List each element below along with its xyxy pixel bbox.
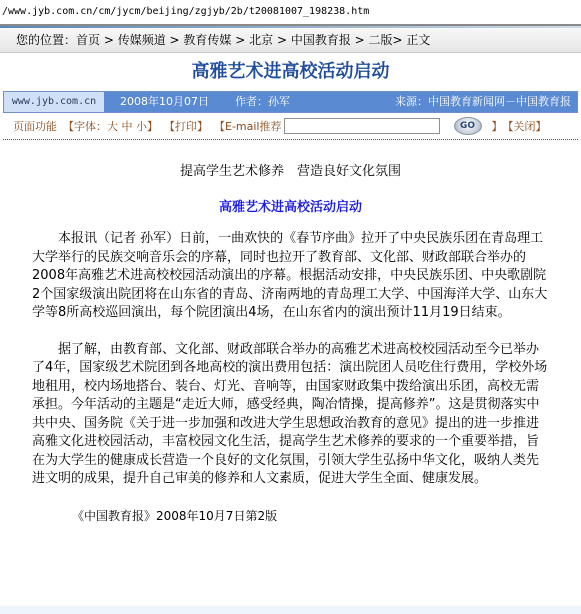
breadcrumb: 您的位置：首页 > 传媒频道 > 教育传媒 > 北京 > 中国教育报 > 二版>… (0, 28, 581, 53)
go-button[interactable]: GO (454, 117, 482, 135)
article-subtitle: 提高学生艺术修养 营造良好文化氛围 (0, 160, 581, 180)
article-source-line: 《中国教育报》2008年10月7日第2版 (72, 507, 581, 524)
article-paragraph: 本报讯（记者 孙军）日前，一曲欢快的《春节序曲》拉开了中央民族乐团在青岛理工大学… (32, 230, 551, 323)
url-text: /www.jyb.com.cn/cm/jycm/beijing/zgjyb/2b… (2, 6, 369, 17)
breadcrumb-separator: > (100, 33, 118, 47)
breadcrumb-education-media[interactable]: 教育传媒 (183, 33, 231, 47)
publish-date: 2008年10月07日 (120, 92, 209, 112)
breadcrumb-current: 正文 (406, 33, 430, 47)
page-title: 高雅艺术进高校活动启动 (0, 53, 581, 91)
breadcrumb-separator: > (273, 33, 291, 47)
address-bar[interactable]: /www.jyb.com.cn/cm/jycm/beijing/zgjyb/2b… (0, 0, 581, 26)
page-toolbar: 页面功能 【字体： 大 中 小 】 【打印】 【E-mail推荐 GO 】 【关… (3, 113, 578, 140)
go-label: GO (460, 121, 475, 131)
breadcrumb-separator: > (166, 33, 184, 47)
font-medium-link[interactable]: 中 (122, 118, 133, 134)
font-size-label: 【字体： (63, 118, 107, 134)
breadcrumb-separator: > (351, 33, 369, 47)
author: 作者：孙军 (235, 92, 290, 112)
breadcrumb-separator: > (393, 33, 407, 47)
email-input[interactable] (284, 118, 440, 134)
font-large-link[interactable]: 大 (107, 118, 118, 134)
breadcrumb-media-channel[interactable]: 传媒频道 (118, 33, 166, 47)
article-headline: 高雅艺术进高校活动启动 (0, 196, 581, 216)
article-paragraph: 据了解，由教育部、文化部、财政部联合举办的高雅艺术进高校校园活动至今已举办了4年… (32, 341, 551, 489)
breadcrumb-home[interactable]: 首页 (76, 33, 100, 47)
breadcrumb-label: 您的位置： (16, 33, 76, 47)
email-recommend-label: 【E-mail推荐 (214, 118, 282, 134)
breadcrumb-china-education-daily[interactable]: 中国教育报 (291, 33, 351, 47)
article-source: 来源：中国教育新闻网－中国教育报 (395, 92, 571, 112)
print-link[interactable]: 【打印】 (164, 118, 208, 134)
breadcrumb-separator: > (231, 33, 249, 47)
breadcrumb-beijing[interactable]: 北京 (249, 33, 273, 47)
breadcrumb-second-edition[interactable]: 二版 (369, 33, 393, 47)
close-link[interactable]: 【关闭】 (503, 118, 547, 134)
page-functions-label: 页面功能 (13, 118, 57, 134)
email-bracket-close: 】 (492, 118, 503, 134)
font-bracket-close: 】 (147, 118, 158, 134)
font-small-link[interactable]: 小 (136, 118, 147, 134)
footer-strip (0, 606, 581, 614)
article-info-bar: www.jyb.com.cn 2008年10月07日 作者：孙军 来源：中国教育… (3, 91, 578, 113)
site-domain: www.jyb.com.cn (4, 92, 104, 112)
article-body: 本报讯（记者 孙军）日前，一曲欢快的《春节序曲》拉开了中央民族乐团在青岛理工大学… (32, 230, 551, 489)
